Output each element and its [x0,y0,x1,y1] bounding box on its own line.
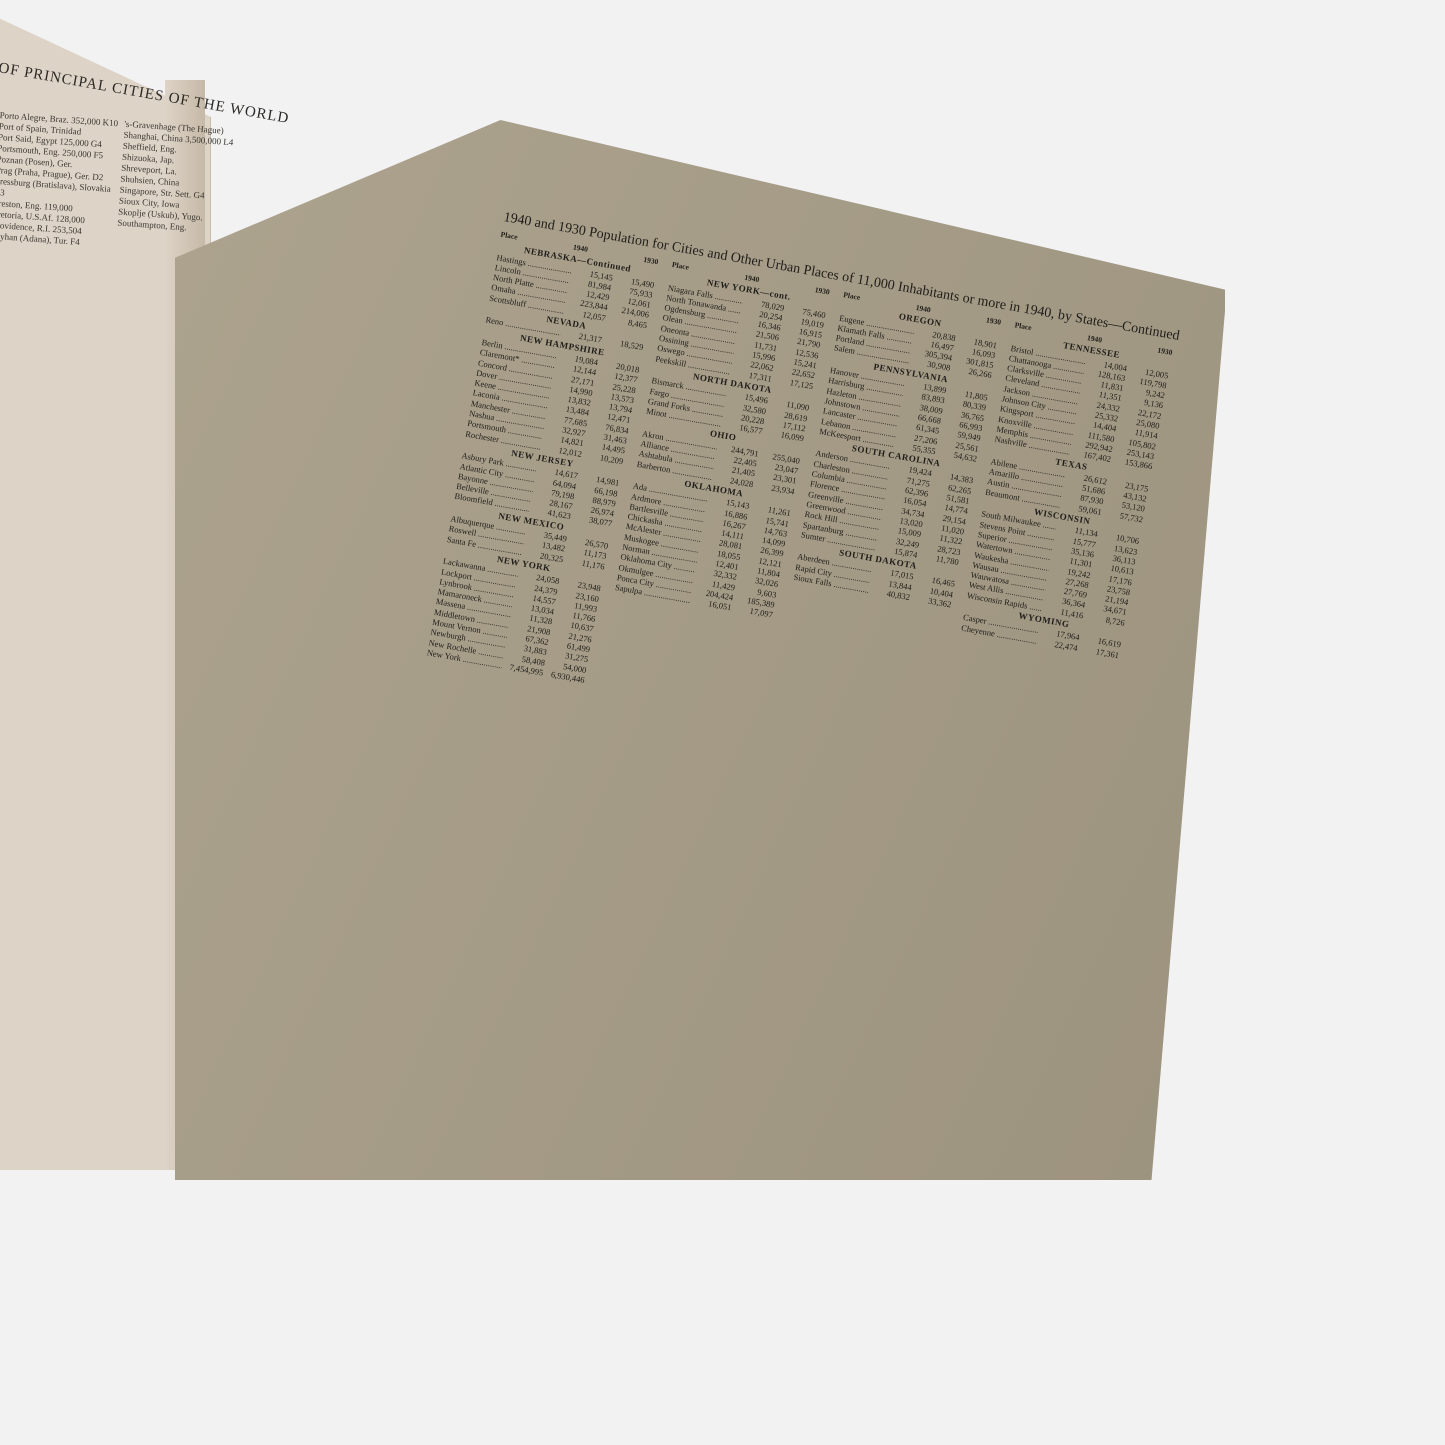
left-list-column: Porto Alegre, Braz. 352,000 K10Port of S… [0,110,120,250]
left-list-column: 's-Gravenhage (The Hague)Shanghai, China… [117,119,244,237]
